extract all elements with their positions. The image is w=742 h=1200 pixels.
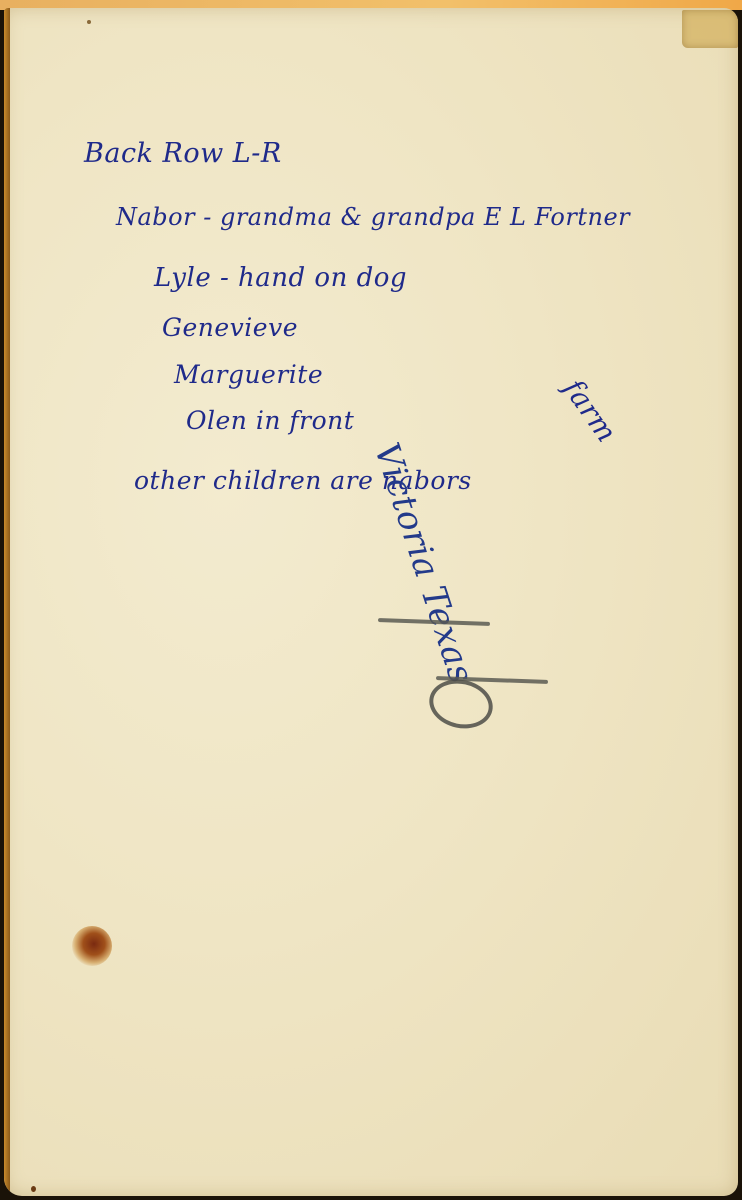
tape-residue [682,10,738,48]
inscription-line-lyle: Lyle - hand on dog [154,263,407,293]
ink-spot [87,20,91,24]
inscription-line-olen: Olen in front [186,406,354,435]
card-left-edge [4,8,10,1196]
inscription-line-back-row: Back Row L-R [84,138,282,169]
ink-spot [31,1186,36,1192]
inscription-line-nabor-grandparents: Nabor - grandma & grandpa E L Fortner [116,203,630,231]
photo-back-card: Back Row L-R Nabor - grandma & grandpa E… [4,8,738,1196]
rust-stain [72,926,112,966]
vertical-note-farm: farm [557,373,624,448]
inscription-line-marguerite: Marguerite [174,360,323,389]
pencil-mark-six-loop [425,674,498,734]
inscription-line-genevieve: Genevieve [162,313,298,342]
